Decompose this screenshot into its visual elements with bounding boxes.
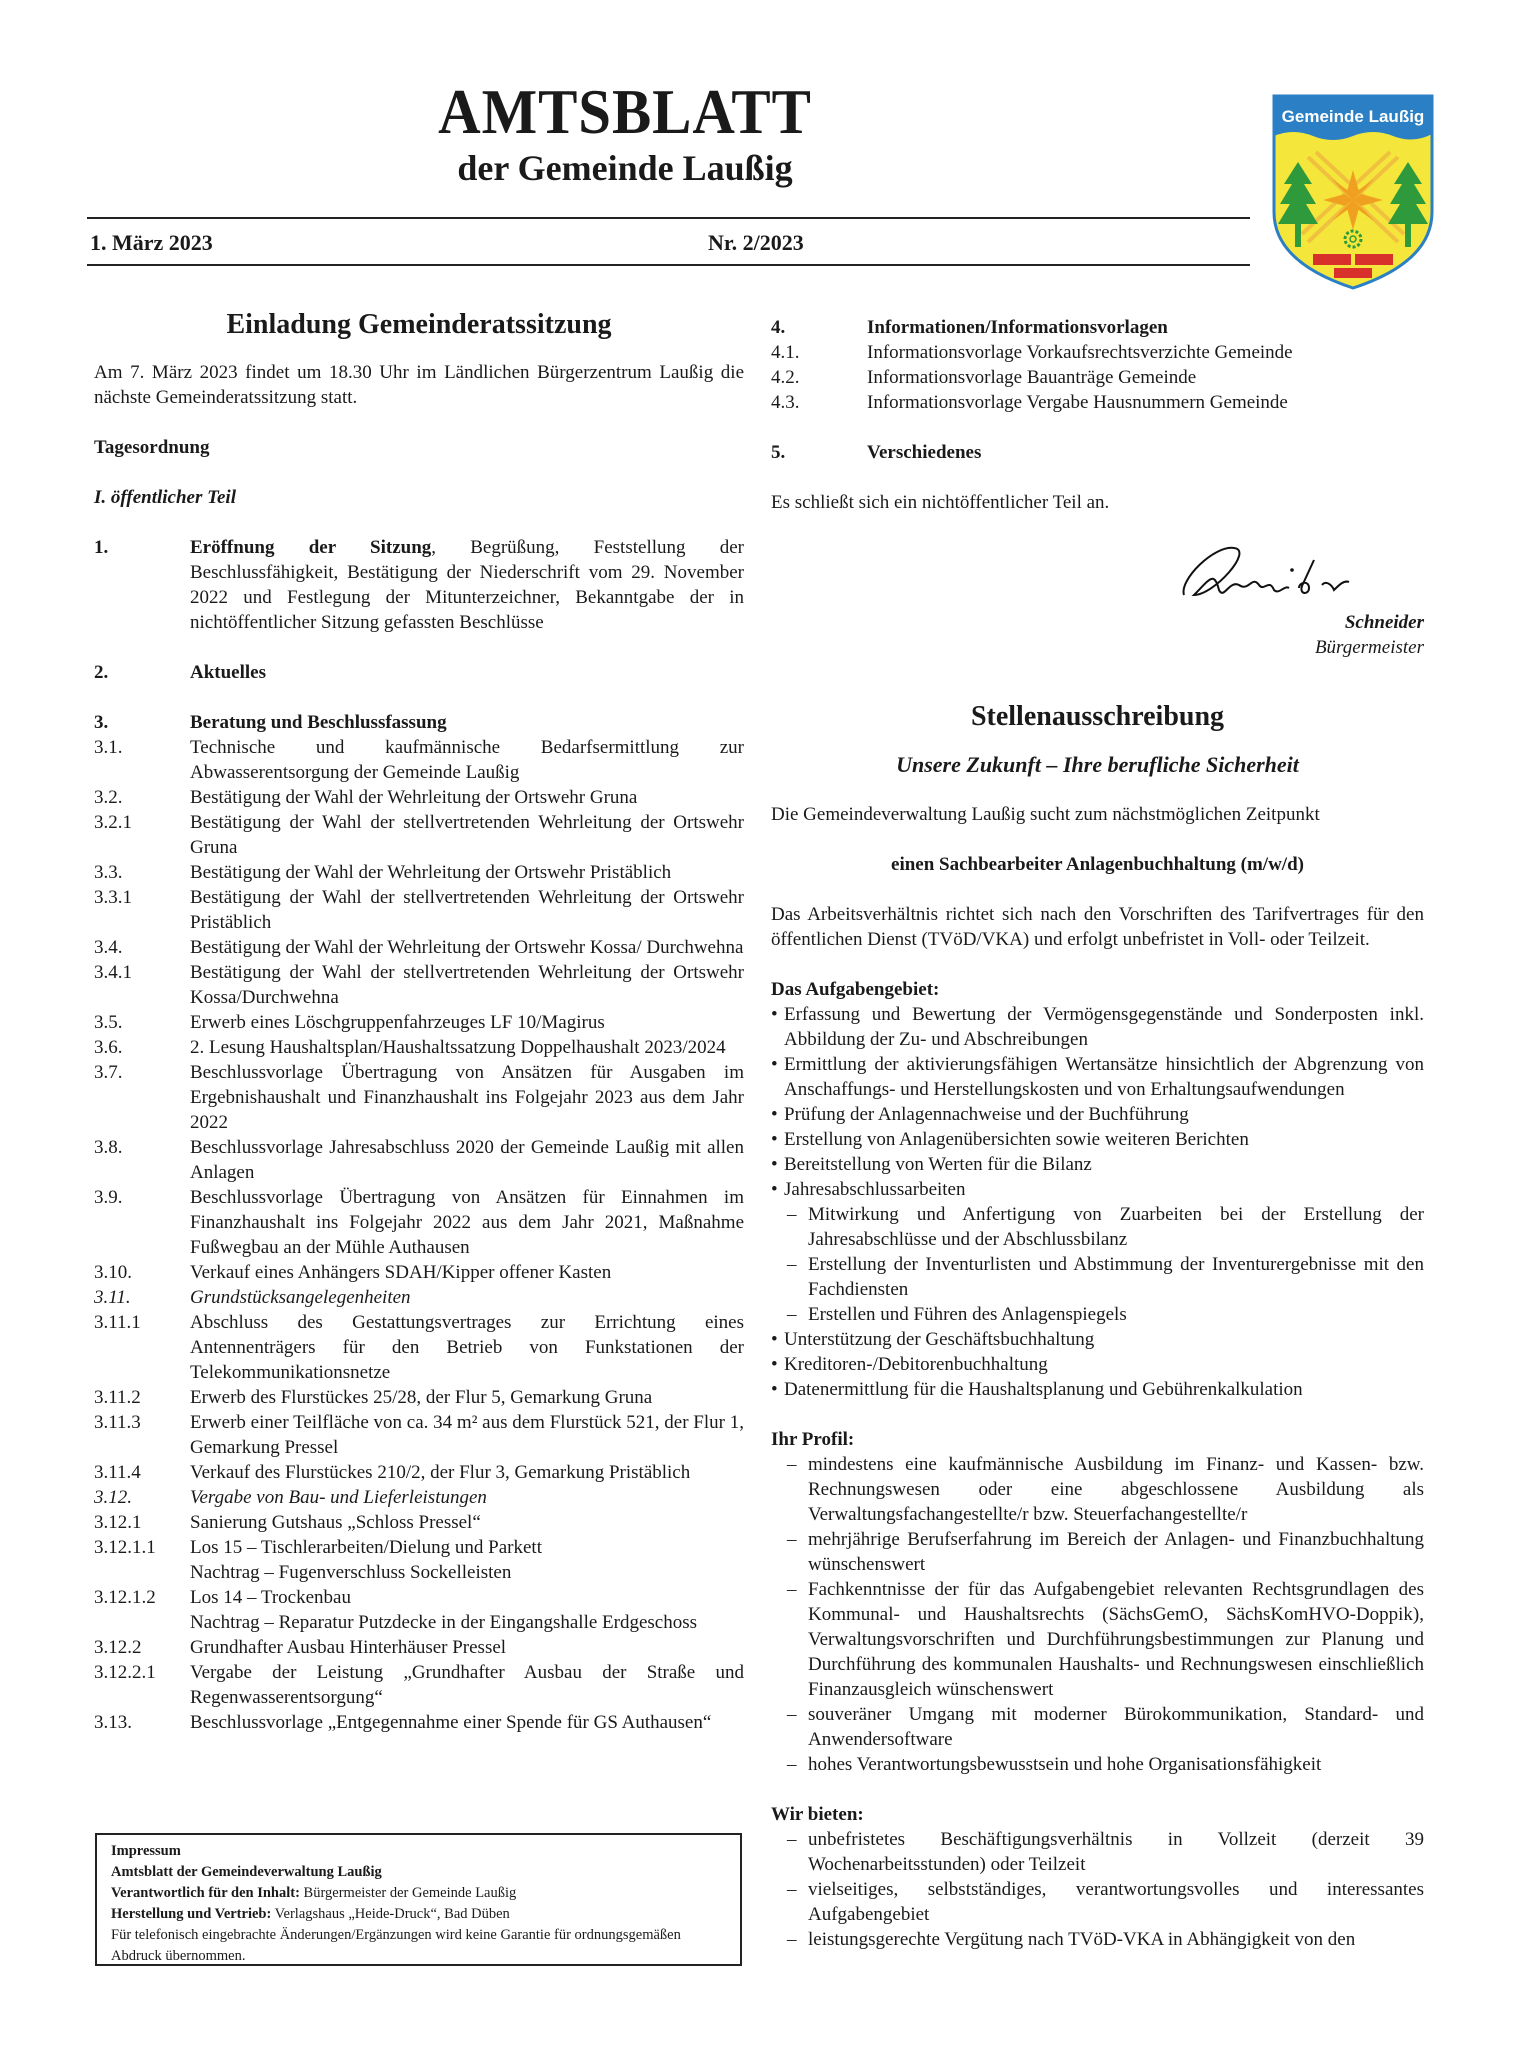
right-column: 4. Informationen/Informationsvorlagen 4.… (771, 300, 1424, 1977)
agenda-number: 1. (94, 535, 190, 635)
impressum-responsible-value: Bürgermeister der Gemeinde Laußig (300, 1885, 516, 1901)
list-item: unbefristetes Beschäftigungsverhältnis i… (771, 1827, 1424, 1877)
agenda-item-text: Bestätigung der Wahl der stellvertretend… (190, 960, 744, 1010)
agenda-item-text: Erwerb eines Löschgruppenfahrzeuges LF 1… (190, 1010, 744, 1035)
agenda-subitem: 3.5.Erwerb eines Löschgruppenfahrzeuges … (94, 1010, 744, 1035)
agenda-item-text: Beschlussvorlage Übertragung von Ansätze… (190, 1060, 744, 1135)
list-item: Erstellung von Anlagenübersichten sowie … (771, 1127, 1424, 1152)
agenda-item-text: Informationsvorlage Vergabe Hausnummern … (867, 390, 1424, 415)
agenda-item-text: Vergabe von Bau- und Lieferleistungen (190, 1485, 744, 1510)
agenda-number: 3.2. (94, 785, 190, 810)
coat-of-arms-icon: Gemeinde Laußig (1268, 92, 1438, 292)
agenda-subitem: 3.12.2.1Vergabe der Leistung „Grundhafte… (94, 1660, 744, 1710)
agenda-item-text: Verkauf des Flurstückes 210/2, der Flur … (190, 1460, 744, 1485)
agenda-subitem: 4.1.Informationsvorlage Vorkaufsrechtsve… (771, 340, 1424, 365)
tasks-label: Das Aufgabengebiet: (771, 977, 1424, 1002)
agenda-number: 3.12.1.1 (94, 1535, 190, 1560)
agenda-number: 3.2.1 (94, 810, 190, 860)
agenda-item-text: Sanierung Gutshaus „Schloss Pressel“ (190, 1510, 744, 1535)
agenda-item-text: Abschluss des Gestattungsvertrages zur E… (190, 1310, 744, 1385)
agenda-number: 3.10. (94, 1260, 190, 1285)
agenda-number: 3.5. (94, 1010, 190, 1035)
agenda-subitem: 3.3.1Bestätigung der Wahl der stellvertr… (94, 885, 744, 935)
agenda-number: 3.11.2 (94, 1385, 190, 1410)
closing-note: Es schließt sich ein nichtöffentlicher T… (771, 490, 1424, 515)
list-item: Erfassung und Bewertung der Vermögensgeg… (771, 1002, 1424, 1052)
agenda-number (94, 1560, 190, 1585)
agenda-number: 3.13. (94, 1710, 190, 1735)
list-item: Prüfung der Anlagennachweise und der Buc… (771, 1102, 1424, 1127)
agenda-subitem: 3.12.Vergabe von Bau- und Lieferleistung… (94, 1485, 744, 1510)
issue-number: Nr. 2/2023 (708, 230, 804, 256)
agenda-subitem: 3.13.Beschlussvorlage „Entgegennahme ein… (94, 1710, 744, 1735)
agenda-item-text: 2. Lesung Haushaltsplan/Haushaltssatzung… (190, 1035, 744, 1060)
agenda-item-2: 2. Aktuelles (94, 660, 744, 685)
agenda-number: 2. (94, 660, 190, 685)
agenda-item-text: Beschlussvorlage Jahresabschluss 2020 de… (190, 1135, 744, 1185)
agenda-subitem: Nachtrag – Fugenverschluss Sockelleisten (94, 1560, 744, 1585)
list-item: Erstellung der Inventurlisten und Abstim… (771, 1252, 1424, 1302)
impressum-title: Impressum (111, 1841, 726, 1862)
job-position: einen Sachbearbeiter Anlagenbuchhaltung … (771, 852, 1424, 877)
list-item: Datenermittlung für die Haushaltsplanung… (771, 1377, 1424, 1402)
agenda-item-text: Bestätigung der Wahl der Wehrleitung der… (190, 860, 744, 885)
list-item: hohes Verantwortungsbewusstsein und hohe… (771, 1752, 1424, 1777)
agenda-subitem: 3.3.Bestätigung der Wahl der Wehrleitung… (94, 860, 744, 885)
agenda-subitem: 3.8.Beschlussvorlage Jahresabschluss 202… (94, 1135, 744, 1185)
agenda-number: 5. (771, 440, 867, 465)
agenda-number: 3. (94, 710, 190, 735)
agenda-item-text: Informationen/Informationsvorlagen (867, 315, 1424, 340)
agenda-subitem: 3.9.Beschlussvorlage Übertragung von Ans… (94, 1185, 744, 1260)
signer-name: Schneider (771, 610, 1424, 635)
agenda-subitem: 3.2.Bestätigung der Wahl der Wehrleitung… (94, 785, 744, 810)
list-item: Ermittlung der aktivierungsfähigen Werta… (771, 1052, 1424, 1102)
agenda-subitem: 3.10.Verkauf eines Anhängers SDAH/Kipper… (94, 1260, 744, 1285)
agenda-item-text: Bestätigung der Wahl der stellvertretend… (190, 885, 744, 935)
agenda-subitems-4: 4.1.Informationsvorlage Vorkaufsrechtsve… (771, 340, 1424, 415)
agenda-item-text: Nachtrag – Reparatur Putzdecke in der Ei… (190, 1610, 744, 1635)
list-item: vielseitiges, selbstständiges, verantwor… (771, 1877, 1424, 1927)
agenda-number: 3.12.2 (94, 1635, 190, 1660)
agenda-item-4: 4. Informationen/Informationsvorlagen (771, 315, 1424, 340)
agenda-number: 3.12.2.1 (94, 1660, 190, 1710)
agenda-subitem: 3.11.Grundstücksangelegenheiten (94, 1285, 744, 1310)
agenda-item-text: Technische und kaufmännische Bedarfsermi… (190, 735, 744, 785)
agenda-subitem: 4.2.Informationsvorlage Bauanträge Gemei… (771, 365, 1424, 390)
agenda-item-bold: Eröffnung der Sitzung (190, 537, 431, 558)
agenda-number: 3.3. (94, 860, 190, 885)
list-item: Jahresabschlussarbeiten (771, 1177, 1424, 1202)
agenda-number: 4.1. (771, 340, 867, 365)
agenda-number: 3.12.1.2 (94, 1585, 190, 1610)
header-rule-top (87, 217, 1250, 219)
tasks-list: Erfassung und Bewertung der Vermögensgeg… (771, 1002, 1424, 1402)
agenda-subitem: Nachtrag – Reparatur Putzdecke in der Ei… (94, 1610, 744, 1635)
list-item: souveräner Umgang mit moderner Bürokommu… (771, 1702, 1424, 1752)
list-item: leistungsgerechte Vergütung nach TVöD-VK… (771, 1927, 1424, 1952)
agenda-number: 3.6. (94, 1035, 190, 1060)
agenda-subitem: 3.1.Technische und kaufmännische Bedarfs… (94, 735, 744, 785)
impressum-box: Impressum Amtsblatt der Gemeindeverwaltu… (95, 1833, 742, 1966)
agenda-number: 3.12.1 (94, 1510, 190, 1535)
agenda-item-text: Aktuelles (190, 660, 744, 685)
impressum-responsible-label: Verantwortlich für den Inhalt: (111, 1885, 300, 1901)
agenda-subitem: 3.2.1Bestätigung der Wahl der stellvertr… (94, 810, 744, 860)
agenda-number: 3.8. (94, 1135, 190, 1185)
agenda-number: 4.2. (771, 365, 867, 390)
agenda-item-text: Beschlussvorlage „Entgegennahme einer Sp… (190, 1710, 744, 1735)
list-item: Fachkenntnisse der für das Aufgabengebie… (771, 1577, 1424, 1702)
agenda-number: 3.4. (94, 935, 190, 960)
list-item: Mitwirkung und Anfertigung von Zuarbeite… (771, 1202, 1424, 1252)
agenda-subitem: 3.12.1.1Los 15 – Tischlerarbeiten/Dielun… (94, 1535, 744, 1560)
agenda-subitem: 3.12.2Grundhafter Ausbau Hinterhäuser Pr… (94, 1635, 744, 1660)
masthead-subtitle: der Gemeinde Laußig (0, 150, 1250, 186)
masthead-title: AMTSBLATT (50, 80, 1200, 144)
agenda-number: 3.12. (94, 1485, 190, 1510)
profile-label: Ihr Profil: (771, 1427, 1424, 1452)
invitation-title: Einladung Gemeinderatssitzung (94, 308, 744, 342)
agenda-item-3: 3. Beratung und Beschlussfassung (94, 710, 744, 735)
header-rule-bottom (87, 264, 1250, 266)
agenda-number: 3.11.1 (94, 1310, 190, 1385)
job-terms: Das Arbeitsverhältnis richtet sich nach … (771, 902, 1424, 952)
agenda-subitem: 3.7.Beschlussvorlage Übertragung von Ans… (94, 1060, 744, 1135)
impressum-production-value: Verlagshaus „Heide-Druck“, Bad Düben (271, 1906, 510, 1922)
agenda-subitem: 3.11.3Erwerb einer Teilfläche von ca. 34… (94, 1410, 744, 1460)
agenda-item-text: Informationsvorlage Bauanträge Gemeinde (867, 365, 1424, 390)
agenda-item-text: Erwerb einer Teilfläche von ca. 34 m² au… (190, 1410, 744, 1460)
agenda-number: 3.3.1 (94, 885, 190, 935)
agenda-subitem: 4.3.Informationsvorlage Vergabe Hausnumm… (771, 390, 1424, 415)
agenda-number: 4. (771, 315, 867, 340)
agenda-number: 3.11.3 (94, 1410, 190, 1460)
agenda-subitem: 3.11.4Verkauf des Flurstückes 210/2, der… (94, 1460, 744, 1485)
agenda-subitem: 3.4.1Bestätigung der Wahl der stellvertr… (94, 960, 744, 1010)
profile-list: mindestens eine kaufmännische Ausbildung… (771, 1452, 1424, 1777)
agenda-subitem: 3.11.2Erwerb des Flurstückes 25/28, der … (94, 1385, 744, 1410)
agenda-item-text: Los 14 – Trockenbau (190, 1585, 744, 1610)
agenda-number: 3.7. (94, 1060, 190, 1135)
agenda-item-text: Bestätigung der Wahl der Wehrleitung der… (190, 935, 744, 960)
agenda-number: 3.11.4 (94, 1460, 190, 1485)
agenda-item-text: Erwerb des Flurstückes 25/28, der Flur 5… (190, 1385, 744, 1410)
job-intro: Die Gemeindeverwaltung Laußig sucht zum … (771, 802, 1424, 827)
signature-icon (771, 540, 1424, 610)
list-item: mindestens eine kaufmännische Ausbildung… (771, 1452, 1424, 1527)
agenda-label: Tagesordnung (94, 435, 744, 460)
agenda-subitems-3: 3.1.Technische und kaufmännische Bedarfs… (94, 735, 744, 1735)
agenda-number: 3.11. (94, 1285, 190, 1310)
list-item: Unterstützung der Geschäftsbuchhaltung (771, 1327, 1424, 1352)
agenda-item-text: Informationsvorlage Vorkaufsrechtsverzic… (867, 340, 1424, 365)
agenda-item-5: 5. Verschiedenes (771, 440, 1424, 465)
left-column: Einladung Gemeinderatssitzung Am 7. März… (94, 300, 744, 1735)
offer-list: unbefristetes Beschäftigungsverhältnis i… (771, 1827, 1424, 1952)
agenda-item-text: Nachtrag – Fugenverschluss Sockelleisten (190, 1560, 744, 1585)
list-item: Bereitstellung von Werten für die Bilanz (771, 1152, 1424, 1177)
agenda-number: 3.1. (94, 735, 190, 785)
agenda-number: 3.4.1 (94, 960, 190, 1010)
list-item: Kreditoren-/Debitorenbuchhaltung (771, 1352, 1424, 1377)
agenda-item-text: Beratung und Beschlussfassung (190, 710, 744, 735)
public-part-label: I. öffentlicher Teil (94, 485, 744, 510)
agenda-item-text: Beschlussvorlage Übertragung von Ansätze… (190, 1185, 744, 1260)
impressum-production-label: Herstellung und Vertrieb: (111, 1906, 271, 1922)
agenda-subitem: 3.6.2. Lesung Haushaltsplan/Haushaltssat… (94, 1035, 744, 1060)
signer-role: Bürgermeister (771, 635, 1424, 660)
list-item: mehrjährige Berufserfahrung im Bereich d… (771, 1527, 1424, 1577)
job-title: Stellenausschreibung (771, 700, 1424, 734)
agenda-number: 4.3. (771, 390, 867, 415)
agenda-subitem: 3.4.Bestätigung der Wahl der Wehrleitung… (94, 935, 744, 960)
agenda-subitem: 3.12.1Sanierung Gutshaus „Schloss Presse… (94, 1510, 744, 1535)
impressum-publication: Amtsblatt der Gemeindeverwaltung Laußig (111, 1862, 726, 1883)
offer-label: Wir bieten: (771, 1802, 1424, 1827)
agenda-number (94, 1610, 190, 1635)
list-item: Erstellen und Führen des Anlagenspiegels (771, 1302, 1424, 1327)
agenda-item-text: Grundstücksangelegenheiten (190, 1285, 744, 1310)
agenda-subitem: 3.12.1.2Los 14 – Trockenbau (94, 1585, 744, 1610)
invitation-intro: Am 7. März 2023 findet um 18.30 Uhr im L… (94, 360, 744, 410)
agenda-item-text: Grundhafter Ausbau Hinterhäuser Pressel (190, 1635, 744, 1660)
agenda-item-text: Verkauf eines Anhängers SDAH/Kipper offe… (190, 1260, 744, 1285)
job-slogan: Unsere Zukunft – Ihre berufliche Sicherh… (771, 752, 1424, 777)
agenda-item-1: 1. Eröffnung der Sitzung, Begrüßung, Fes… (94, 535, 744, 635)
crest-label: Gemeinde Laußig (1282, 107, 1425, 126)
agenda-item-text: Verschiedenes (867, 440, 1424, 465)
impressum-responsible: Verantwortlich für den Inhalt: Bürgermei… (111, 1883, 726, 1904)
agenda-item-text: Los 15 – Tischlerarbeiten/Dielung und Pa… (190, 1535, 744, 1560)
agenda-item-text: Vergabe der Leistung „Grundhafter Ausbau… (190, 1660, 744, 1710)
agenda-number: 3.9. (94, 1185, 190, 1260)
agenda-item-text: Bestätigung der Wahl der stellvertretend… (190, 810, 744, 860)
agenda-item-text: Bestätigung der Wahl der Wehrleitung der… (190, 785, 744, 810)
impressum-disclaimer: Für telefonisch eingebrachte Änderungen/… (111, 1925, 726, 1967)
issue-date: 1. März 2023 (90, 230, 213, 256)
agenda-subitem: 3.11.1Abschluss des Gestattungsvertrages… (94, 1310, 744, 1385)
impressum-production: Herstellung und Vertrieb: Verlagshaus „H… (111, 1904, 726, 1925)
